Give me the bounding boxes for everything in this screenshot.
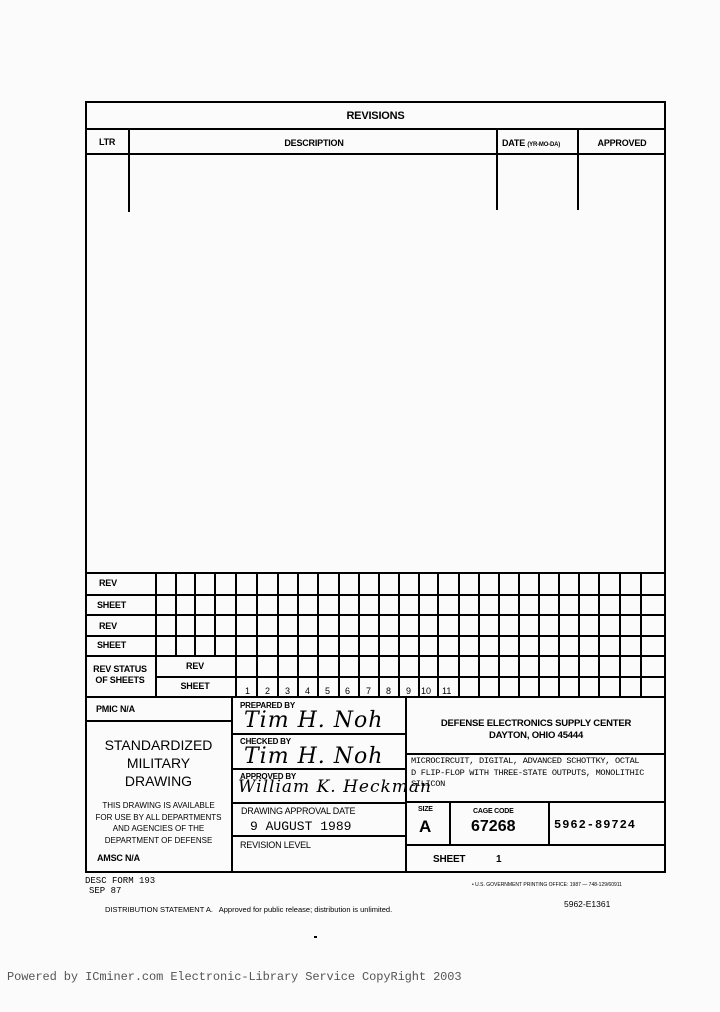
form-number: DESC FORM 193 SEP 87 [85, 876, 155, 896]
revision-level-label: REVISION LEVEL [240, 840, 311, 850]
size-value: A [419, 817, 431, 837]
stray-mark [314, 936, 317, 938]
revisions-col-date: DATE (YR-MO-DA) [502, 138, 560, 148]
sheet-number-6: 6 [345, 686, 350, 696]
rev-status-sheet: SHEET [155, 681, 235, 691]
sheet-row-label-2: SHEET [97, 640, 126, 650]
prepared-by-signature: Tim H. Noh [244, 708, 383, 733]
revisions-title: REVISIONS [85, 110, 666, 122]
rev-status-label: REV STATUS OF SHEETS [85, 664, 155, 686]
sheet-number-10: 10 [421, 686, 431, 696]
sheet-value: 1 [496, 854, 501, 865]
rev-status-rev: REV [155, 661, 235, 671]
amsc-label: AMSC N/A [97, 853, 140, 863]
gpo-notice: • U.S. GOVERNMENT PRINTING OFFICE: 1987 … [472, 882, 622, 888]
rev-row-label-1: REV [99, 578, 117, 588]
revisions-col-description: DESCRIPTION [130, 138, 498, 148]
approval-date-label: DRAWING APPROVAL DATE [241, 806, 355, 816]
availability-notice: THIS DRAWING IS AVAILABLE FOR USE BY ALL… [85, 800, 232, 846]
approved-by-signature: William K. Heckman [238, 777, 432, 797]
distribution-statement: DISTRIBUTION STATEMENT A. Approved for p… [105, 905, 392, 914]
revisions-col-approved: APPROVED [578, 138, 666, 148]
rev-row-label-2: REV [99, 621, 117, 631]
approval-date: 9 AUGUST 1989 [250, 819, 351, 834]
agency-block: DEFENSE ELECTRONICS SUPPLY CENTER DAYTON… [406, 718, 666, 742]
sheet-row-label-1: SHEET [97, 600, 126, 610]
sheet-number-9: 9 [406, 686, 411, 696]
cage-code-label: CAGE CODE [473, 808, 514, 815]
sheet-number-7: 7 [366, 686, 371, 696]
sheet-number-5: 5 [325, 686, 330, 696]
drawing-number: 5962-89724 [554, 818, 636, 832]
cage-code-value: 67268 [471, 818, 516, 836]
drawing-description: MICROCIRCUIT, DIGITAL, ADVANCED SCHOTTKY… [411, 756, 644, 791]
sheet-number-4: 4 [305, 686, 310, 696]
sheet-number-2: 2 [265, 686, 270, 696]
sheet-number-1: 1 [245, 686, 250, 696]
sheet-number-8: 8 [386, 686, 391, 696]
revisions-col-ltr: LTR [99, 137, 115, 147]
revisions-divider-approved [577, 128, 579, 210]
document-number: 5962-E1361 [564, 899, 610, 909]
revisions-divider-ltr [128, 128, 130, 212]
sheet-label: SHEET [433, 854, 465, 865]
sheet-number-3: 3 [285, 686, 290, 696]
sheet-number-11: 11 [442, 686, 451, 696]
revisions-divider-date [496, 128, 498, 210]
pmic-label: PMIC N/A [96, 704, 135, 714]
standardized-military-drawing-heading: STANDARDIZED MILITARY DRAWING [85, 736, 232, 790]
watermark-text: Powered by ICminer.com Electronic-Librar… [7, 970, 461, 984]
checked-by-signature: Tim H. Noh [244, 744, 383, 769]
size-label: SIZE [418, 806, 433, 813]
